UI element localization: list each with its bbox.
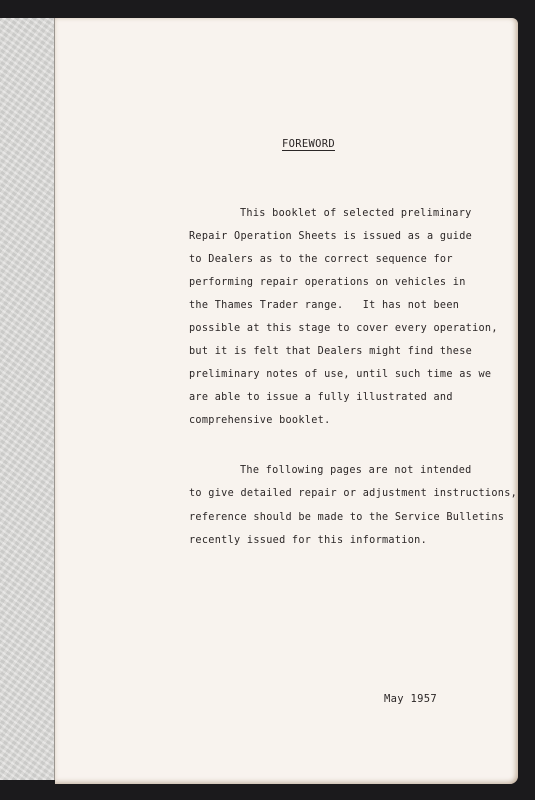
text-line: are able to issue a fully illustrated an… bbox=[189, 393, 453, 403]
text-line: to give detailed repair or adjustment in… bbox=[189, 489, 517, 499]
text-line: The following pages are not intended bbox=[240, 466, 472, 476]
document-date: May 1957 bbox=[384, 693, 437, 705]
text-line: preliminary notes of use, until such tim… bbox=[189, 370, 491, 380]
text-line: the Thames Trader range. It has not been bbox=[189, 301, 459, 311]
page-title: FOREWORD bbox=[282, 138, 335, 150]
text-line: Repair Operation Sheets is issued as a g… bbox=[189, 232, 472, 242]
text-line: reference should be made to the Service … bbox=[189, 513, 504, 523]
text-line: recently issued for this information. bbox=[189, 536, 427, 546]
text-line: possible at this stage to cover every op… bbox=[189, 324, 498, 334]
text-line: performing repair operations on vehicles… bbox=[189, 278, 466, 288]
text-line: to Dealers as to the correct sequence fo… bbox=[189, 255, 453, 265]
text-line: This booklet of selected preliminary bbox=[240, 209, 472, 219]
text-line: but it is felt that Dealers might find t… bbox=[189, 347, 472, 357]
booklet-cover-edge bbox=[0, 18, 56, 780]
text-line: comprehensive booklet. bbox=[189, 416, 331, 426]
